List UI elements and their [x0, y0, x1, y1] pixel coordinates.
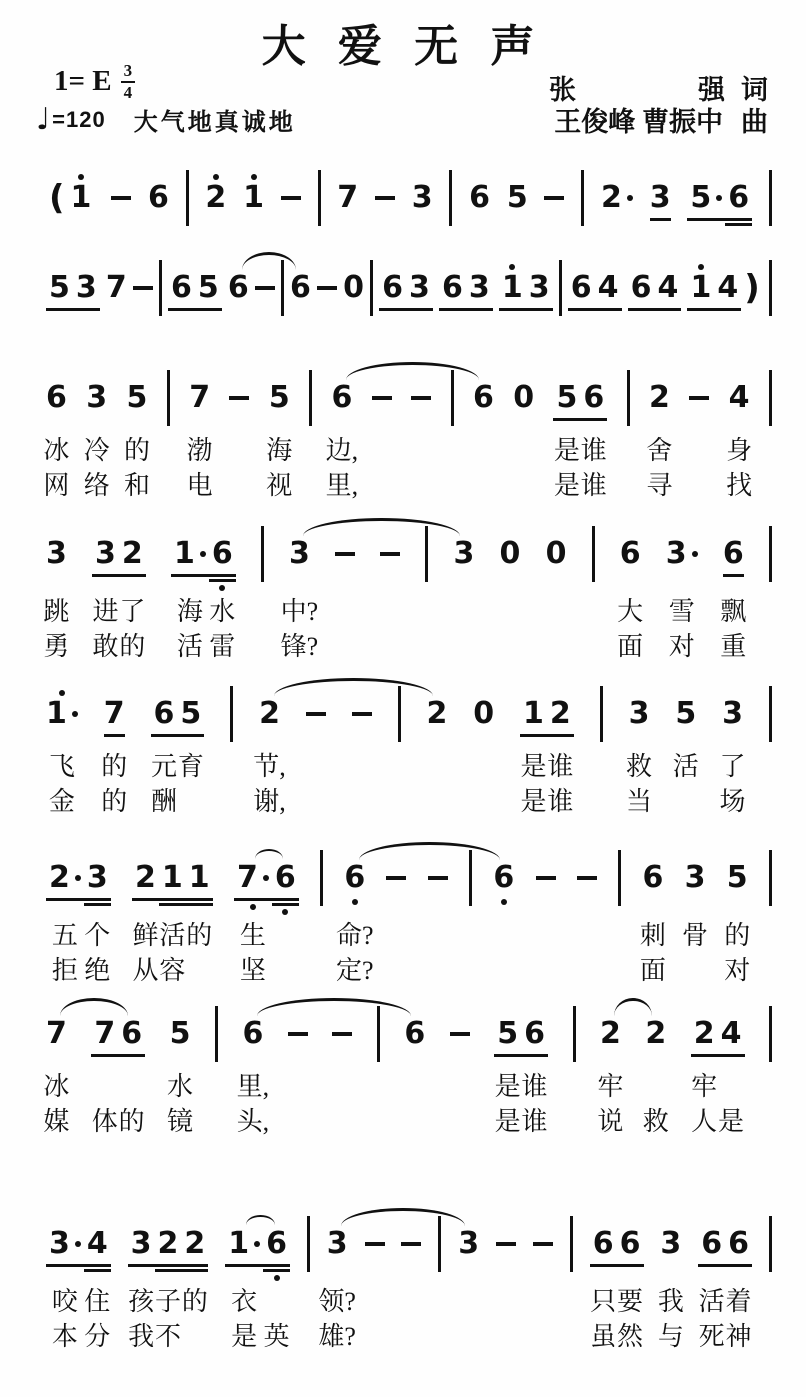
glyph-box: 6 [263, 1226, 290, 1262]
glyph-box: 6 [642, 860, 663, 896]
lyric-syllable: 活 [699, 1285, 725, 1318]
note-stack [600, 696, 603, 732]
note-digit: 5 [690, 183, 711, 213]
note-stack [592, 536, 595, 572]
glyph-box: 1 [520, 696, 547, 732]
beam-group: 65 [168, 262, 222, 322]
note-stack: 4 [714, 270, 741, 311]
note-digit: 6 [469, 183, 490, 213]
note: 3 [84, 852, 111, 917]
note-stack: 7 [106, 270, 127, 306]
tempo-value: =120 [52, 107, 106, 133]
barline [370, 262, 373, 317]
note-stack: 6 [243, 1016, 264, 1052]
barline [559, 262, 562, 317]
underline-beam [499, 308, 526, 311]
note: 2 [601, 172, 633, 227]
duration-dash [689, 372, 709, 427]
note: 7 [46, 1008, 67, 1063]
duration-dash [577, 852, 597, 907]
lyric-syllable: 是 [554, 434, 580, 467]
note-stack [449, 180, 452, 216]
glyph-box [600, 696, 603, 732]
glyph-box [320, 860, 323, 896]
note: 1 [499, 262, 526, 322]
note: 6 [151, 688, 178, 748]
underline-beam [590, 1264, 617, 1267]
note: 4 [595, 262, 622, 322]
note-digit: 7 [106, 273, 127, 303]
note-digit: 0 [546, 539, 567, 569]
barline [281, 262, 284, 317]
lyrics-verse-1: 跳进了海水中?大雪飘 [46, 595, 772, 628]
slur-arc [614, 998, 651, 1016]
glyph-box: 3 [46, 536, 67, 572]
note-stack: 3 [289, 536, 310, 572]
note-stack [332, 1016, 352, 1052]
underline-beam [687, 218, 725, 221]
barline [618, 852, 621, 907]
bar-line [769, 170, 772, 226]
underline-beam [225, 1264, 263, 1267]
note: 7 [104, 688, 125, 748]
note-stack [536, 860, 556, 896]
dash-line [496, 1242, 516, 1246]
slur-arc [341, 1208, 465, 1226]
dash-line [577, 876, 597, 880]
glyph-box [377, 1016, 380, 1052]
note-stack [335, 536, 355, 572]
dash-line [229, 396, 249, 400]
lyric-syllable: 是 [231, 1320, 257, 1353]
note-digit: 2 [645, 1019, 666, 1049]
glyph-box [451, 380, 454, 416]
duration-dash [450, 1008, 470, 1063]
glyph-box: 6 [228, 270, 249, 306]
lyric-syllable: 冷 [84, 434, 110, 467]
note: 5 [687, 172, 725, 232]
underline-beam [725, 223, 752, 226]
note: 6 [725, 1218, 752, 1278]
note-digit: 2 [49, 863, 70, 893]
note: 4 [84, 1218, 111, 1283]
glyph-box: 1 [687, 270, 714, 306]
lyric-syllable: 我 [658, 1285, 684, 1318]
note: 6 [118, 1008, 145, 1068]
note-stack: 6 [698, 1226, 725, 1267]
glyph-box: 6 [290, 270, 311, 306]
note-digit: 1 [71, 183, 92, 213]
note: 3 [46, 528, 67, 583]
glyph-box [386, 860, 406, 896]
lyric-syllable: 敢 [92, 630, 118, 663]
underline-beam [617, 1264, 644, 1267]
lyric-syllable: 的 [101, 750, 127, 783]
beam-group: 34 [46, 1218, 111, 1283]
barline [318, 172, 321, 227]
note: 7 [337, 172, 358, 227]
note-stack: 6 [404, 1016, 425, 1052]
glyph-box [469, 860, 472, 896]
slur-arc [257, 998, 411, 1016]
note-digit: 3 [95, 539, 116, 569]
note-digit: 1 [162, 863, 183, 893]
note-digit: 6 [212, 539, 233, 569]
note-digit: 5 [127, 383, 148, 413]
note-stack: 5 [269, 380, 290, 416]
underline-beam [725, 1264, 752, 1267]
note-stack: 2 [46, 860, 84, 901]
notation-row: 34322163366366 [46, 1218, 772, 1283]
note-digit: 1 [174, 539, 195, 569]
note-stack: 6 [263, 1226, 290, 1272]
note-stack [380, 536, 400, 572]
lyric-syllable: 谁 [522, 1105, 548, 1138]
glyph-box: 1 [171, 536, 209, 572]
note-stack: 3 [454, 536, 475, 572]
lyric-syllable: 鲜 [132, 919, 158, 952]
paren-glyph: ) [744, 271, 760, 305]
note: 2 [132, 852, 159, 912]
glyph-box [370, 270, 373, 306]
barline [627, 372, 630, 427]
glyph-box [450, 1016, 470, 1052]
duration-dash [111, 172, 131, 227]
underline-beam [46, 308, 73, 311]
lyric-syllable: 是 [495, 1070, 521, 1103]
note: 6 [263, 1218, 290, 1283]
lyric-syllable: 谁 [547, 785, 573, 818]
lyric-syllable: 对 [669, 630, 695, 663]
underline-beam [132, 898, 159, 901]
barline [769, 852, 772, 907]
note-digit: 5 [556, 383, 577, 413]
glyph-box [401, 1226, 421, 1262]
duration-dash [255, 262, 275, 317]
underline-beam [547, 734, 574, 737]
note-stack: 6 [439, 270, 466, 311]
underline-beam [84, 1264, 111, 1267]
note: 3 [412, 172, 433, 227]
dash-line [411, 396, 431, 400]
note-stack [425, 536, 428, 572]
note: 3 [458, 1218, 479, 1273]
glyph-box [229, 380, 249, 416]
glyph-box: 4 [729, 380, 750, 416]
lyric-syllable: 勇 [43, 630, 69, 663]
lyric-syllable: 里, [237, 1070, 270, 1103]
note-stack [307, 1226, 310, 1262]
lyric-syllable: 体 [92, 1105, 118, 1138]
note-stack: 2 [645, 1016, 666, 1052]
underline-beam [159, 903, 186, 906]
beam-group: 16 [225, 1218, 290, 1283]
music-system: 332163300636跳进了海水中?大雪飘勇敢的活雷锋?面对重 [46, 502, 772, 663]
octave-dot-below [274, 1275, 280, 1281]
note-stack: 6 [469, 180, 490, 216]
note-digit: 6 [290, 273, 311, 303]
glyph-box: 5 [675, 696, 696, 732]
barline [769, 528, 772, 583]
note-digit: 4 [598, 273, 619, 303]
barline [769, 372, 772, 427]
glyph-box: 4 [84, 1226, 111, 1262]
underline-beam [691, 1054, 718, 1057]
note-digit: 1 [228, 1229, 249, 1259]
note-stack [317, 270, 337, 306]
note: 6 [290, 262, 311, 317]
glyph-box: 2 [691, 1016, 718, 1052]
augmentation-dot [75, 875, 81, 881]
glyph-box: 6 [473, 380, 494, 416]
note-stack: 5 [195, 270, 222, 311]
note: 6 [642, 852, 663, 907]
underline-beam [209, 574, 236, 577]
note: 5 [727, 852, 748, 907]
note-stack [370, 270, 373, 306]
note-digit: 3 [685, 863, 706, 893]
glyph-box: 6 [379, 270, 406, 306]
note-stack: 3 [92, 536, 119, 577]
note: 3 [128, 1218, 155, 1278]
glyph-box [425, 536, 428, 572]
lyrics-verse-1: 冰水里,是谁牢牢 [46, 1070, 772, 1103]
lyric-syllable: 牢 [691, 1070, 717, 1103]
note-stack [769, 270, 772, 306]
glyph-box: 5 [177, 696, 204, 732]
note-stack: 6 [290, 270, 311, 306]
note-stack [769, 1226, 772, 1262]
note-digit: 4 [729, 383, 750, 413]
note-stack [306, 696, 326, 732]
glyph-box: 4 [714, 270, 741, 306]
glyph-box [570, 1226, 573, 1262]
underline-beam [151, 734, 178, 737]
note-stack [309, 380, 312, 416]
note-stack [375, 180, 395, 216]
lyric-syllable: 的 [724, 919, 750, 952]
note-stack: 7 [46, 1016, 67, 1052]
underline-beam [687, 308, 714, 311]
lyric-syllable: 的 [182, 1285, 208, 1318]
note: 2 [155, 1218, 182, 1283]
dash-line [375, 196, 395, 200]
beam-group: 64 [628, 262, 682, 322]
barline [230, 688, 233, 743]
augmentation-dot [72, 711, 78, 717]
lyric-syllable: 的 [186, 919, 212, 952]
beam-group: 16 [171, 528, 236, 593]
octave-dot-below [352, 899, 358, 905]
lyric-syllable: 刺 [640, 919, 666, 952]
beam-group: 64 [568, 262, 622, 322]
lyric-syllable: 渤 [187, 434, 213, 467]
note-digit: 0 [513, 383, 534, 413]
glyph-box: 5 [46, 270, 73, 306]
note-stack: 2 [649, 380, 670, 416]
note-stack: 3 [458, 1226, 479, 1262]
glyph-box: 3 [412, 180, 433, 216]
lyric-syllable: 的 [119, 1105, 145, 1138]
duration-dash [306, 688, 326, 743]
note: 2 [645, 1008, 666, 1063]
note-digit: 1 [243, 183, 264, 213]
note-digit: 7 [104, 699, 125, 729]
duration-dash [133, 262, 153, 317]
glyph-box: 3 [660, 1226, 681, 1262]
barline [425, 528, 428, 583]
dash-line [335, 552, 355, 556]
dash-line [372, 396, 392, 400]
glyph-box: 3 [454, 536, 475, 572]
note-stack: 1 [687, 270, 714, 311]
lyric-syllable: 了 [119, 595, 145, 628]
underline-beam [128, 1264, 155, 1267]
note: 3 [406, 262, 433, 322]
glyph-box [769, 380, 772, 416]
note: 4 [654, 262, 681, 322]
glyph-box: 2 [649, 380, 670, 416]
music-system: 34322163366366咬住孩子的衣领?只要我活着本分我不是英雄?虽然与死神 [46, 1192, 772, 1353]
dash-line [352, 712, 372, 716]
note-stack: 6 [725, 180, 752, 226]
lyric-syllable: 生 [240, 919, 266, 952]
note: 3 [666, 528, 698, 583]
note: 5 [553, 372, 580, 432]
lyric-syllable: 雷 [209, 630, 235, 663]
note: 4 [718, 1008, 745, 1068]
glyph-box: 6 [568, 270, 595, 306]
duration-dash [401, 1218, 421, 1273]
barline [167, 372, 170, 427]
lyric-syllable: 五 [52, 919, 78, 952]
bar-line [186, 170, 189, 226]
note-stack [496, 1226, 516, 1262]
glyph-box [438, 1226, 441, 1262]
glyph-box [592, 536, 595, 572]
duration-dash [365, 1218, 385, 1273]
bar-line [769, 526, 772, 582]
note-stack: 4 [729, 380, 750, 416]
key-text: 1= E [54, 67, 112, 96]
note-digit: 3 [412, 183, 433, 213]
lyric-syllable: 人 [691, 1105, 717, 1138]
note-digit: 1 [523, 699, 544, 729]
lyric-syllable: 活 [177, 630, 203, 663]
lyric-syllable: 与 [658, 1320, 684, 1353]
glyph-box: 5 [170, 1016, 191, 1052]
note-stack: 2 [205, 180, 226, 216]
note-digit: 2 [649, 383, 670, 413]
glyph-box: 6 [209, 536, 236, 572]
note: 6 [521, 1008, 548, 1068]
glyph-box [428, 860, 448, 896]
rest-note: 0 [500, 528, 521, 583]
note: 5 [494, 1008, 521, 1068]
note-stack: 2 [600, 1016, 621, 1052]
note: 6 [469, 172, 490, 227]
note: 3 [454, 528, 475, 583]
note: 6 [148, 172, 169, 227]
underline-beam [46, 1264, 84, 1267]
beam-group: 66 [698, 1218, 752, 1278]
note-stack [573, 1016, 576, 1052]
note-digit: 6 [46, 383, 67, 413]
underline-beam [725, 218, 752, 221]
glyph-box: 6 [723, 536, 744, 572]
note-stack [288, 1016, 308, 1052]
octave-space-above [698, 262, 704, 270]
note: 3 [466, 262, 493, 322]
bar-line [573, 1006, 576, 1062]
lyric-syllable: 身 [726, 434, 752, 467]
glyph-box: 6 [332, 380, 353, 416]
glyph-box [365, 1226, 385, 1262]
glyph-box: 6 [151, 696, 178, 732]
octave-dot-below [219, 585, 225, 591]
glyph-box [577, 860, 597, 896]
note-digit: 2 [600, 1019, 621, 1049]
note-stack [769, 380, 772, 416]
barline [769, 1218, 772, 1273]
note-stack: 7 [189, 380, 210, 416]
lyric-syllable: 骨 [682, 919, 708, 952]
underline-beam [263, 1264, 290, 1267]
sheet-music-page: 大 爱 无 声 1= E 3 4 张 强 词 ♩ =120 大气地真诚地 王俊峰… [0, 0, 806, 1397]
note-digit: 2 [205, 183, 226, 213]
note-digit: 5 [675, 699, 696, 729]
note-stack: 3 [660, 1226, 681, 1262]
note: 5 [177, 688, 204, 748]
note-digit: 6 [631, 273, 652, 303]
slur-arc [255, 849, 283, 859]
note-digit: 2 [135, 863, 156, 893]
note-digit: 6 [266, 1229, 287, 1259]
beam-group: 65 [151, 688, 205, 748]
meter-numerator: 3 [121, 62, 136, 83]
glyph-box [318, 180, 321, 216]
note-stack: 1 [520, 696, 547, 737]
underline-beam [553, 418, 580, 421]
note-stack [401, 1226, 421, 1262]
beam-group: 56 [553, 372, 607, 432]
barline [769, 172, 772, 227]
note: 6 [46, 372, 67, 427]
barline [451, 372, 454, 427]
note-digit: 5 [170, 1019, 191, 1049]
note: 6 [332, 372, 353, 427]
note-stack: 3 [86, 380, 107, 416]
barline [600, 688, 603, 743]
note-stack [167, 380, 170, 416]
glyph-box [317, 270, 337, 306]
note-stack: 5 [494, 1016, 521, 1057]
glyph-box [449, 180, 452, 216]
note-stack: 2 [547, 696, 574, 737]
glyph-box: 3 [526, 270, 553, 306]
lyrics-verse-1: 咬住孩子的衣领?只要我活着 [46, 1285, 772, 1318]
glyph-box: 0 [513, 380, 534, 416]
duration-dash [411, 372, 431, 427]
lyric-syllable: 了 [720, 750, 746, 783]
note-stack: 1 [171, 536, 209, 577]
glyph-box [398, 696, 401, 732]
note-stack: 6 [332, 380, 353, 416]
note-digit: 6 [620, 1229, 641, 1259]
notation-row: 776566562224 [46, 1008, 772, 1068]
beam-group: 24 [691, 1008, 745, 1068]
note-stack: 1 [225, 1226, 263, 1267]
